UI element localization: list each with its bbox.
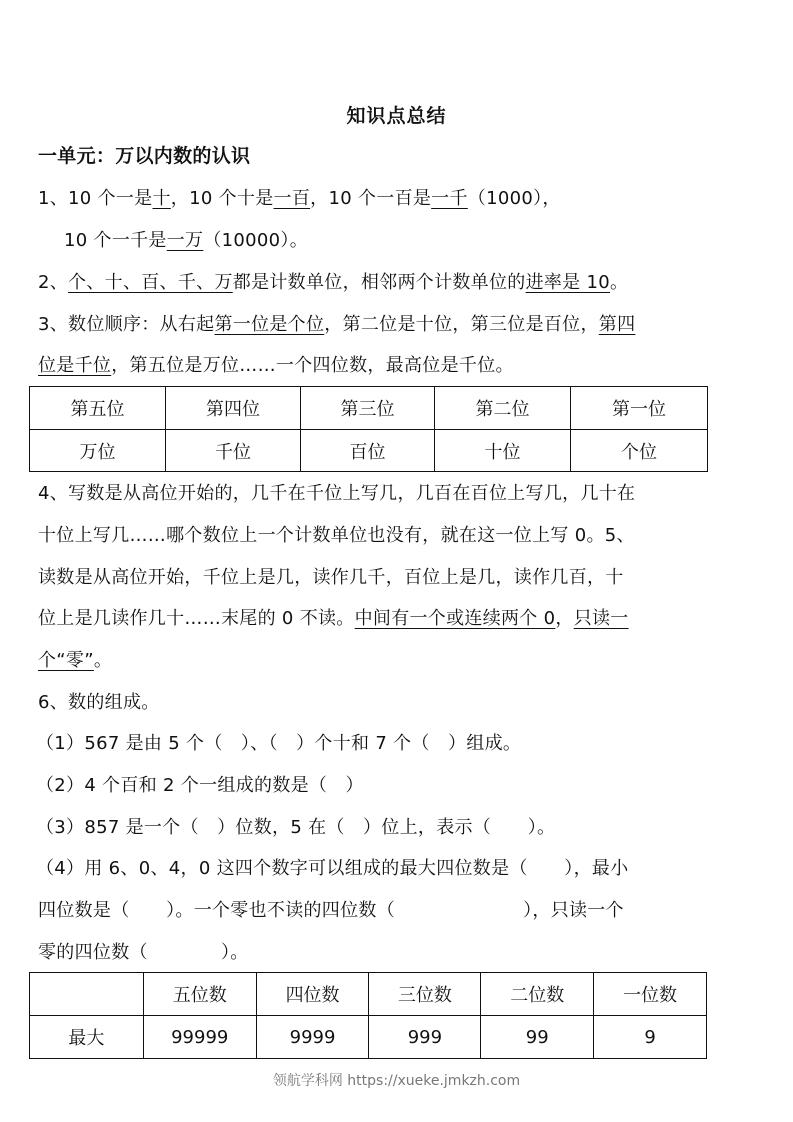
point-4-line-2: 十位上写几……哪个数位上一个计数单位也没有，就在这一位上写 0。5、: [38, 523, 635, 549]
place-table-cell: 个位: [571, 430, 708, 472]
place-table-cell: 百位: [301, 430, 435, 472]
place-table-cell: 千位: [166, 430, 301, 472]
point-6-heading: 6、数的组成。: [38, 690, 160, 716]
max-table-cell: 99999: [143, 1016, 256, 1059]
max-table-cell: 五位数: [143, 973, 256, 1016]
point-5-line-1: 读数是从高位开始，千位上是几，读作几千，百位上是几，读作几百，十: [38, 565, 624, 591]
text-segment: 3、数位顺序：从右起: [38, 314, 214, 335]
point-1-line-2: 10 个一千是一万（10000）。: [64, 228, 308, 254]
text-segment: ，第二位是十位，第三位是百位，: [324, 314, 599, 335]
question-4-line-1: （4）用 6、0、4，0 这四个数字可以组成的最大四位数是（ ），最小: [36, 856, 629, 882]
max-table-cell: 最大: [30, 1016, 144, 1059]
underlined-key-text: 个、十、百、千、万: [68, 272, 233, 293]
point-3-line-1: 3、数位顺序：从右起第一位是个位，第二位是十位，第三位是百位，第四: [38, 312, 635, 338]
underlined-key-text: 第四: [599, 314, 636, 335]
point-5-line-2: 位上是几读作几十……末尾的 0 不读。中间有一个或连续两个 0，只读一: [38, 606, 629, 632]
question-3: （3）857 是一个（ ）位数，5 在（ ）位上，表示（ ）。: [36, 815, 555, 841]
underlined-key-text: 第一位是个位: [214, 314, 324, 335]
text-segment: 1、10 个一是: [38, 188, 152, 209]
underlined-key-text: 一百: [274, 188, 311, 209]
underlined-key-text: 进率是 10: [526, 272, 610, 293]
question-4-line-3: 零的四位数（ ）。: [38, 940, 249, 966]
max-table-cell: 999: [369, 1016, 481, 1059]
max-table-cell: 二位数: [481, 973, 594, 1016]
question-4-line-2: 四位数是（ ）。一个零也不读的四位数（ ），只读一个: [38, 898, 624, 924]
point-5-line-3: 个“零”。: [38, 648, 112, 674]
text-segment: （1000），: [468, 188, 561, 209]
underlined-key-text: 十: [152, 188, 170, 209]
max-table-cell: 四位数: [256, 973, 369, 1016]
text-segment: （10000）。: [203, 230, 308, 251]
text-segment: 。: [610, 272, 628, 293]
text-segment: ，第五位是万位……一个四位数，最高位是千位。: [111, 355, 514, 376]
max-table-cell: [30, 973, 144, 1016]
place-table-cell: 第三位: [301, 387, 435, 430]
text-segment: 位上是几读作几十……末尾的 0 不读。: [38, 608, 355, 629]
place-table-cell: 第一位: [571, 387, 708, 430]
max-table-cell: 9: [594, 1016, 707, 1059]
point-2: 2、个、十、百、千、万都是计数单位，相邻两个计数单位的进率是 10。: [38, 270, 628, 296]
place-table-cell: 第二位: [435, 387, 571, 430]
max-table-cell: 三位数: [369, 973, 481, 1016]
text-segment: 10 个一千是: [64, 230, 167, 251]
max-number-table: 五位数 四位数 三位数 二位数 一位数 最大 99999 9999 999 99…: [29, 972, 707, 1059]
point-3-line-2: 位是千位，第五位是万位……一个四位数，最高位是千位。: [38, 353, 514, 379]
underlined-key-text: 个“零”: [38, 650, 94, 671]
underlined-key-text: 一千: [431, 188, 468, 209]
question-1: （1）567 是由 5 个（ ）、（ ）个十和 7 个（ ）组成。: [36, 731, 521, 757]
document-page: 知识点总结 一单元：万以内数的认识 1、10 个一是十，10 个十是一百，10 …: [0, 0, 793, 1122]
text-segment: ，10 个十是: [171, 188, 274, 209]
text-segment: 都是计数单位，相邻两个计数单位的: [233, 272, 526, 293]
place-table-cell: 第五位: [30, 387, 166, 430]
place-table-cell: 十位: [435, 430, 571, 472]
max-table-header-row: 五位数 四位数 三位数 二位数 一位数: [30, 973, 707, 1016]
place-table-header-row: 第五位 第四位 第三位 第二位 第一位: [30, 387, 708, 430]
point-4-line-1: 4、写数是从高位开始的，几千在千位上写几，几百在百位上写几，几十在: [38, 481, 635, 507]
page-title: 知识点总结: [0, 101, 793, 128]
max-table-cell: 一位数: [594, 973, 707, 1016]
text-segment: 2、: [38, 272, 68, 293]
place-table-cell: 第四位: [166, 387, 301, 430]
max-table-cell: 99: [481, 1016, 594, 1059]
point-1-line-1: 1、10 个一是十，10 个十是一百，10 个一百是一千（1000），: [38, 186, 561, 212]
unit-heading: 一单元：万以内数的认识: [38, 143, 250, 169]
underlined-key-text: 只读一: [574, 608, 629, 629]
question-2: （2）4 个百和 2 个一组成的数是（ ）: [36, 773, 364, 799]
underlined-key-text: 一万: [167, 230, 204, 251]
place-value-table: 第五位 第四位 第三位 第二位 第一位 万位 千位 百位 十位 个位: [29, 386, 708, 472]
place-table-row: 万位 千位 百位 十位 个位: [30, 430, 708, 472]
text-segment: ，10 个一百是: [310, 188, 431, 209]
text-segment: 。: [94, 650, 112, 671]
underlined-key-text: 中间有一个或连续两个 0: [355, 608, 556, 629]
watermark-footer: 领航学科网 https://xueke.jmkzh.com: [0, 1070, 793, 1090]
max-table-cell: 9999: [256, 1016, 369, 1059]
underlined-key-text: 位是千位: [38, 355, 111, 376]
text-segment: ，: [555, 608, 573, 629]
place-table-cell: 万位: [30, 430, 166, 472]
max-table-row: 最大 99999 9999 999 99 9: [30, 1016, 707, 1059]
